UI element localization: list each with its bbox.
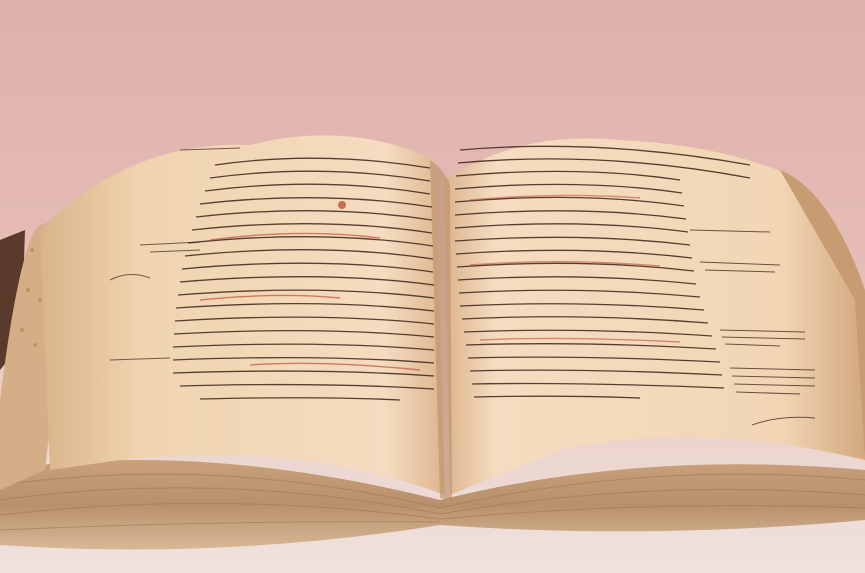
left-page — [40, 135, 445, 495]
manuscript-illustration — [0, 0, 865, 573]
photo-scene: Open antique Arabic manuscript book rest… — [0, 0, 865, 573]
